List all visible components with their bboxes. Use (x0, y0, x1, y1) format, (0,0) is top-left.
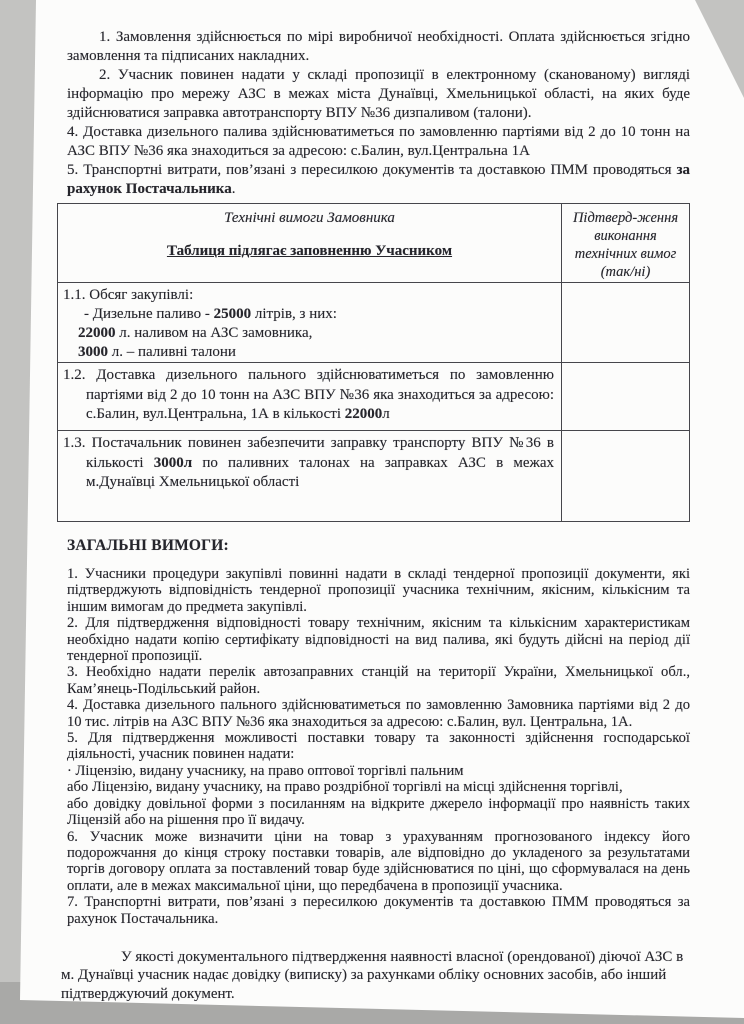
row-1-1-line-1: 1.1. Обсяг закупівлі: (58, 283, 561, 305)
intro-paragraph-1: 1. Замовлення здійснюється по мірі вироб… (67, 28, 690, 66)
general-paragraph-1: 1. Учасники процедури закупівлі повинні … (67, 566, 690, 615)
intro-paragraph-5: 5. Транспортні витрати, пов’язані з пере… (67, 161, 690, 199)
closing-paragraph: У якості документального підтвердження н… (61, 948, 690, 1004)
tech-header-subtitle: Таблиця підлягає заповненню Учасником (167, 243, 452, 260)
tech-header-cell: Технічні вимоги Замовника Таблиця підляг… (58, 204, 562, 283)
confirm-cell-1-3 (562, 431, 690, 522)
table-row-1-3: 1.3. Постачальник повинен забезпечити за… (58, 431, 690, 522)
general-requirements-heading: ЗАГАЛЬНІ ВИМОГИ: (67, 537, 690, 555)
technical-requirements-table: Технічні вимоги Замовника Таблиця підляг… (57, 203, 690, 522)
general-paragraph-2: 2. Для підтвердження відповідності товар… (67, 615, 690, 664)
confirm-cell-1-2 (562, 363, 690, 431)
general-paragraph-3: 3. Необхідно надати перелік автозаправни… (67, 664, 690, 697)
general-paragraph-6: 6. Учасник може визначити ціни на товар … (67, 829, 690, 895)
row-1-1-line-3: 22000 л. наливом на АЗС замовника, (58, 324, 561, 343)
confirm-header-text: Підтверд-ження виконання технічних вимог… (562, 204, 689, 281)
row-1-2-text: 1.2. Доставка дизельного пального здійсн… (58, 363, 561, 425)
document-page: 1. Замовлення здійснюється по мірі вироб… (0, 0, 744, 1024)
table-row-1-2: 1.2. Доставка дизельного пального здійсн… (58, 363, 690, 431)
general-bullet-reference: або довідку довільної форми з посиланням… (67, 796, 690, 829)
general-bullet-license-wholesale: · Ліцензію, видану учаснику, на право оп… (67, 763, 690, 779)
confirm-cell-1-1 (562, 283, 690, 363)
intro-paragraph-2: 2. Учасник повинен надати у складі пропо… (67, 66, 690, 123)
scan-background: 1. Замовлення здійснюється по мірі вироб… (0, 0, 744, 1024)
table-header-row: Технічні вимоги Замовника Таблиця підляг… (58, 204, 690, 283)
confirm-header-cell: Підтверд-ження виконання технічних вимог… (562, 204, 690, 283)
intro-paragraph-4: 4. Доставка дизельного палива здійснюват… (67, 123, 690, 161)
table-row-1-1: 1.1. Обсяг закупівлі: - Дизельне паливо … (58, 283, 690, 363)
intro-section: 1. Замовлення здійснюється по мірі вироб… (67, 28, 690, 199)
document-content: 1. Замовлення здійснюється по мірі вироб… (67, 28, 690, 1003)
general-paragraph-4: 4. Доставка дизельного пального здійснюв… (67, 697, 690, 730)
row-1-3-text: 1.3. Постачальник повинен забезпечити за… (58, 431, 561, 493)
row-1-1-cell: 1.1. Обсяг закупівлі: - Дизельне паливо … (58, 283, 562, 363)
general-requirements-section: 1. Учасники процедури закупівлі повинні … (67, 566, 690, 927)
tech-header-title: Технічні вимоги Замовника (224, 210, 395, 227)
general-paragraph-7: 7. Транспортні витрати, пов’язані з пере… (67, 894, 690, 927)
general-paragraph-5: 5. Для підтвердження можливості поставки… (67, 730, 690, 763)
row-1-2-cell: 1.2. Доставка дизельного пального здійсн… (58, 363, 562, 431)
row-1-3-cell: 1.3. Постачальник повинен забезпечити за… (58, 431, 562, 522)
row-1-1-line-2: - Дизельне паливо - 25000 літрів, з них: (58, 305, 561, 324)
general-bullet-license-retail: або Ліцензію, видану учаснику, на право … (67, 779, 690, 795)
row-1-1-line-4: 3000 л. – паливні талони (58, 343, 561, 362)
